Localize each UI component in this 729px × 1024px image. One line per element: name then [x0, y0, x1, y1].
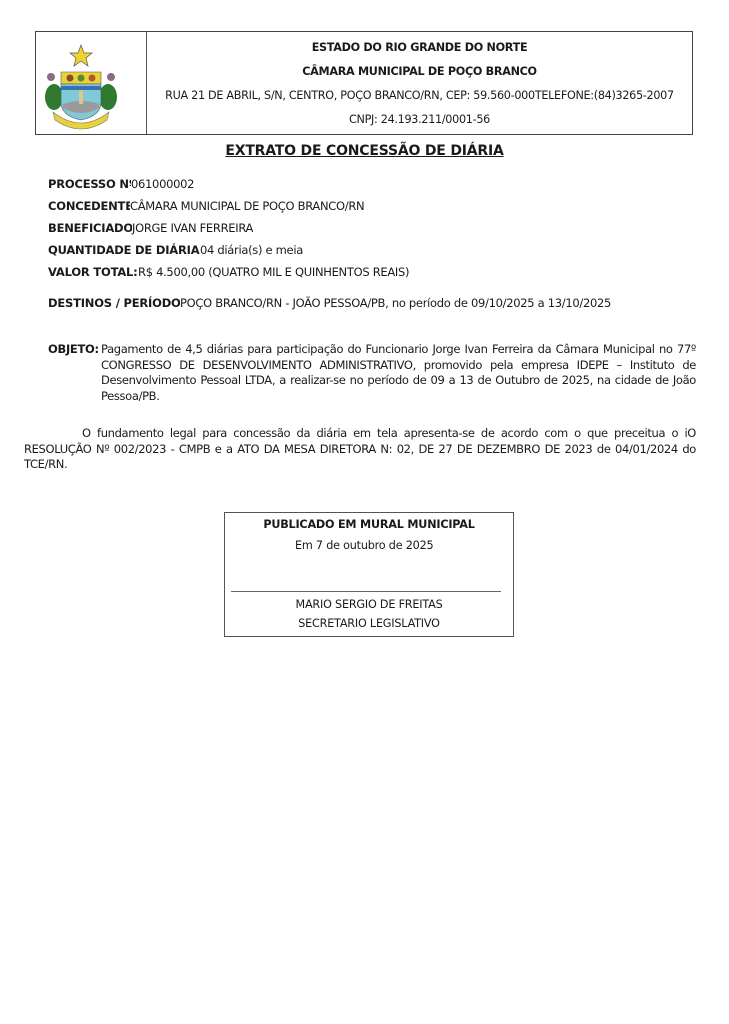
logo-cell	[36, 32, 147, 134]
legal-basis-paragraph: O fundamento legal para concessão da diá…	[24, 426, 696, 473]
institution-name: CÂMARA MUNICIPAL DE POÇO BRANCO	[147, 60, 692, 84]
field-label: BENEFICIADO:	[48, 220, 132, 236]
cnpj: CNPJ: 24.193.211/0001-56	[147, 108, 692, 132]
objeto-section: OBJETO: Pagamento de 4,5 diárias para pa…	[48, 342, 696, 404]
state-name: ESTADO DO RIO GRANDE DO NORTE	[147, 36, 692, 60]
field-label: QUANTIDADE DE DIÁRIAS:	[48, 242, 200, 258]
publication-stamp: PUBLICADO EM MURAL MUNICIPAL Em 7 de out…	[224, 512, 514, 637]
field-label: DESTINOS / PERÍODO:	[48, 295, 180, 311]
publication-date: Em 7 de outubro de 2025	[295, 539, 433, 552]
field-valor-total: VALOR TOTAL: R$ 4.500,00 (QUATRO MIL E Q…	[48, 264, 409, 280]
letterhead: ESTADO DO RIO GRANDE DO NORTE CÂMARA MUN…	[35, 31, 693, 135]
field-value: CÂMARA MUNICIPAL DE POÇO BRANCO/RN	[130, 198, 364, 214]
signer-role: SECRETARIO LEGISLATIVO	[225, 617, 513, 630]
field-beneficiado: BENEFICIADO: JORGE IVAN FERREIRA	[48, 220, 253, 236]
objeto-label: OBJETO:	[48, 342, 101, 404]
field-processo: PROCESSO Nº 061000002	[48, 176, 194, 192]
field-value: 061000002	[131, 176, 194, 192]
field-destinos: DESTINOS / PERÍODO: POÇO BRANCO/RN - JOÃ…	[48, 295, 611, 311]
municipal-coat-of-arms-icon	[41, 42, 121, 132]
publication-title: PUBLICADO EM MURAL MUNICIPAL	[225, 518, 513, 531]
objeto-text: Pagamento de 4,5 diárias para participaç…	[101, 342, 696, 404]
field-label: PROCESSO Nº	[48, 176, 131, 192]
letterhead-info: ESTADO DO RIO GRANDE DO NORTE CÂMARA MUN…	[147, 32, 692, 134]
field-label: VALOR TOTAL:	[48, 264, 138, 280]
field-value: POÇO BRANCO/RN - JOÃO PESSOA/PB, no perí…	[180, 295, 611, 311]
field-value: JORGE IVAN FERREIRA	[132, 220, 253, 236]
signature-line	[231, 591, 501, 592]
field-value: 04 diária(s) e meia	[200, 242, 303, 258]
document-title: EXTRATO DE CONCESSÃO DE DIÁRIA	[0, 143, 729, 159]
signer-name: MARIO SERGIO DE FREITAS	[225, 598, 513, 611]
field-label: CONCEDENTE:	[48, 198, 130, 214]
field-concedente: CONCEDENTE: CÂMARA MUNICIPAL DE POÇO BRA…	[48, 198, 364, 214]
field-quantidade: QUANTIDADE DE DIÁRIAS: 04 diária(s) e me…	[48, 242, 303, 258]
field-value: R$ 4.500,00 (QUATRO MIL E QUINHENTOS REA…	[138, 264, 409, 280]
address: RUA 21 DE ABRIL, S/N, CENTRO, POÇO BRANC…	[147, 84, 692, 108]
